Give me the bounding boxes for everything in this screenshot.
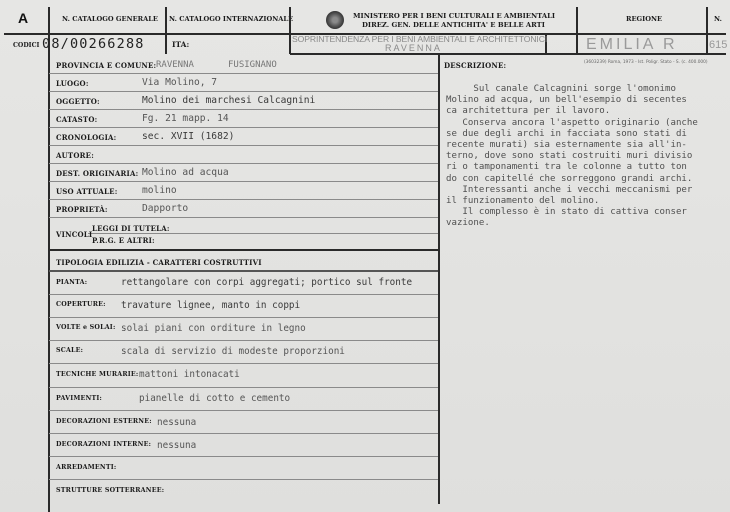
dest-originaria-value: Molino ad acqua — [142, 167, 229, 178]
tecniche-murarie-label: TECNICHE MURARIE: — [56, 371, 138, 378]
soprintendenza-stamp-city: RAVENNA — [385, 43, 442, 53]
descrizione-line: il funzionamento del molino. — [446, 196, 728, 207]
section-divider — [49, 249, 438, 251]
arredamenti-label: ARREDAMENTI: — [56, 464, 116, 471]
coperture-value: travature lignee, manto in coppi — [121, 300, 300, 311]
scale-value: scala di servizio di modeste proporzioni — [121, 346, 345, 357]
descrizione-line: se due degli archi in facciata sono stat… — [446, 129, 728, 140]
luogo-value: Via Molino, 7 — [142, 77, 217, 88]
row-line — [88, 233, 438, 234]
regione-label: REGIONE — [626, 15, 662, 23]
row-line — [49, 479, 438, 480]
luogo-label: LUOGO: — [56, 79, 89, 88]
catalog-card: A N. CATALOGO GENERALE N. CATALOGO INTER… — [0, 0, 730, 512]
ministry-line-2: DIREZ. GEN. DELLE ANTICHITA' E BELLE ART… — [362, 21, 545, 29]
row-line — [49, 270, 438, 272]
row-line — [49, 127, 438, 128]
row-line — [49, 109, 438, 110]
row-line — [49, 91, 438, 92]
regione-value: EMILIA R — [586, 36, 678, 54]
descrizione-line: Sul canale Calcagnini sorge l'omonimo — [446, 84, 728, 95]
tipologia-section-title: TIPOLOGIA EDILIZIA - CARATTERI COSTRUTTI… — [56, 258, 262, 267]
row-line — [49, 181, 438, 182]
descrizione-line: Interessanti anche i vecchi meccanismi p… — [446, 185, 728, 196]
row-line — [49, 387, 438, 388]
proprieta-label: PROPRIETÀ: — [56, 205, 108, 214]
catasto-label: CATASTO: — [56, 115, 97, 124]
pavimenti-value: pianelle di cotto e cemento — [139, 393, 290, 404]
descrizione-line: recente murati) sia esternamente sia all… — [446, 140, 728, 151]
header-col-2 — [289, 7, 291, 54]
uso-attuale-label: USO ATTUALE: — [56, 187, 117, 196]
autore-label: AUTORE: — [56, 151, 94, 160]
row-line — [49, 363, 438, 364]
descrizione-label: DESCRIZIONE: — [444, 61, 506, 70]
cronologia-value: sec. XVII (1682) — [142, 131, 234, 142]
descrizione-text: Sul canale Calcagnini sorge l'omonimo Mo… — [446, 84, 728, 230]
vincoli-label: VINCOLI — [56, 230, 92, 239]
volte-solai-label: VOLTE e SOLAI: — [56, 324, 115, 331]
row-line — [49, 433, 438, 434]
comune-value: FUSIGNANO — [228, 60, 277, 70]
row-line — [49, 317, 438, 318]
numero-value: 615 — [709, 39, 727, 51]
row-line — [49, 456, 438, 457]
scale-label: SCALE: — [56, 347, 83, 354]
decorazioni-esterne-label: DECORAZIONI ESTERNE: — [56, 418, 152, 425]
row-line — [49, 410, 438, 411]
dest-originaria-label: DEST. ORIGINARIA: — [56, 169, 138, 178]
strutture-sotterranee-label: STRUTTURE SOTTERRANEE: — [56, 487, 164, 494]
section-letter: A — [18, 10, 28, 26]
descrizione-line: ri o tamponamenti tra le colonne a tutto… — [446, 162, 728, 173]
decorazioni-interne-value: nessuna — [157, 440, 196, 451]
descrizione-line: terno, dove sono stati costruiti muri di… — [446, 151, 728, 162]
descrizione-line: vazione. — [446, 218, 728, 229]
prg-label: P.R.G. E ALTRI: — [92, 236, 155, 245]
uso-attuale-value: molino — [142, 185, 177, 196]
ita-label: ITA: — [172, 40, 189, 49]
volte-solai-value: solai piani con orditure in legno — [121, 323, 306, 334]
header-col-3 — [576, 7, 578, 54]
oggetto-label: OGGETTO: — [56, 97, 100, 106]
column-divider — [438, 54, 440, 504]
pavimenti-label: PAVIMENTI: — [56, 395, 102, 402]
numero-label: N. — [714, 15, 722, 23]
header-col-4 — [706, 7, 708, 54]
row-line — [49, 294, 438, 295]
row-line — [49, 73, 438, 74]
codici-label: CODICI — [13, 42, 39, 49]
descrizione-line: Molino ad acqua, un bell'esempio di sece… — [446, 95, 728, 106]
catalogo-internazionale-label: N. CATALOGO INTERNAZIONALE — [169, 15, 293, 23]
descrizione-line: Conserva ancora l'aspetto originario (an… — [446, 118, 728, 129]
state-emblem-icon — [326, 11, 344, 29]
decorazioni-esterne-value: nessuna — [157, 417, 196, 428]
coperture-label: COPERTURE: — [56, 301, 106, 308]
tecniche-murarie-value: mattoni intonacati — [139, 369, 240, 380]
decorazioni-interne-label: DECORAZIONI INTERNE: — [56, 441, 151, 448]
left-border — [48, 7, 50, 512]
header-col-1 — [165, 7, 167, 54]
ministry-line-1: MINISTERO PER I BENI CULTURALI E AMBIENT… — [353, 12, 555, 20]
row-line — [49, 163, 438, 164]
row-line — [49, 145, 438, 146]
provincia-label: PROVINCIA E COMUNE: — [56, 61, 156, 70]
print-note: (3603239) Roma, 1973 - Ist. Poligr. Stat… — [584, 60, 708, 65]
pianta-value: rettangolare con corpi aggregati; portic… — [121, 277, 412, 288]
row-line — [49, 199, 438, 200]
descrizione-line: do con capitellé che sorreggono grandi a… — [446, 174, 728, 185]
descrizione-line: ca architettura per il lavoro. — [446, 106, 728, 117]
cronologia-label: CRONOLOGIA: — [56, 133, 116, 142]
provincia-value: RAVENNA — [156, 60, 194, 70]
proprieta-value: Dapporto — [142, 203, 188, 214]
oggetto-value: Molino dei marchesi Calcagnini — [142, 95, 315, 106]
leggi-tutela-label: LEGGI DI TUTELA: — [92, 224, 170, 233]
catasto-value: Fg. 21 mapp. 14 — [142, 113, 229, 124]
row-line — [49, 340, 438, 341]
codici-value: 08/00266288 — [42, 36, 145, 52]
row-line — [49, 217, 438, 218]
descrizione-line: Il complesso è in stato di cattiva conse… — [446, 207, 728, 218]
catalogo-generale-label: N. CATALOGO GENERALE — [62, 15, 158, 23]
pianta-label: PIANTA: — [56, 279, 87, 286]
